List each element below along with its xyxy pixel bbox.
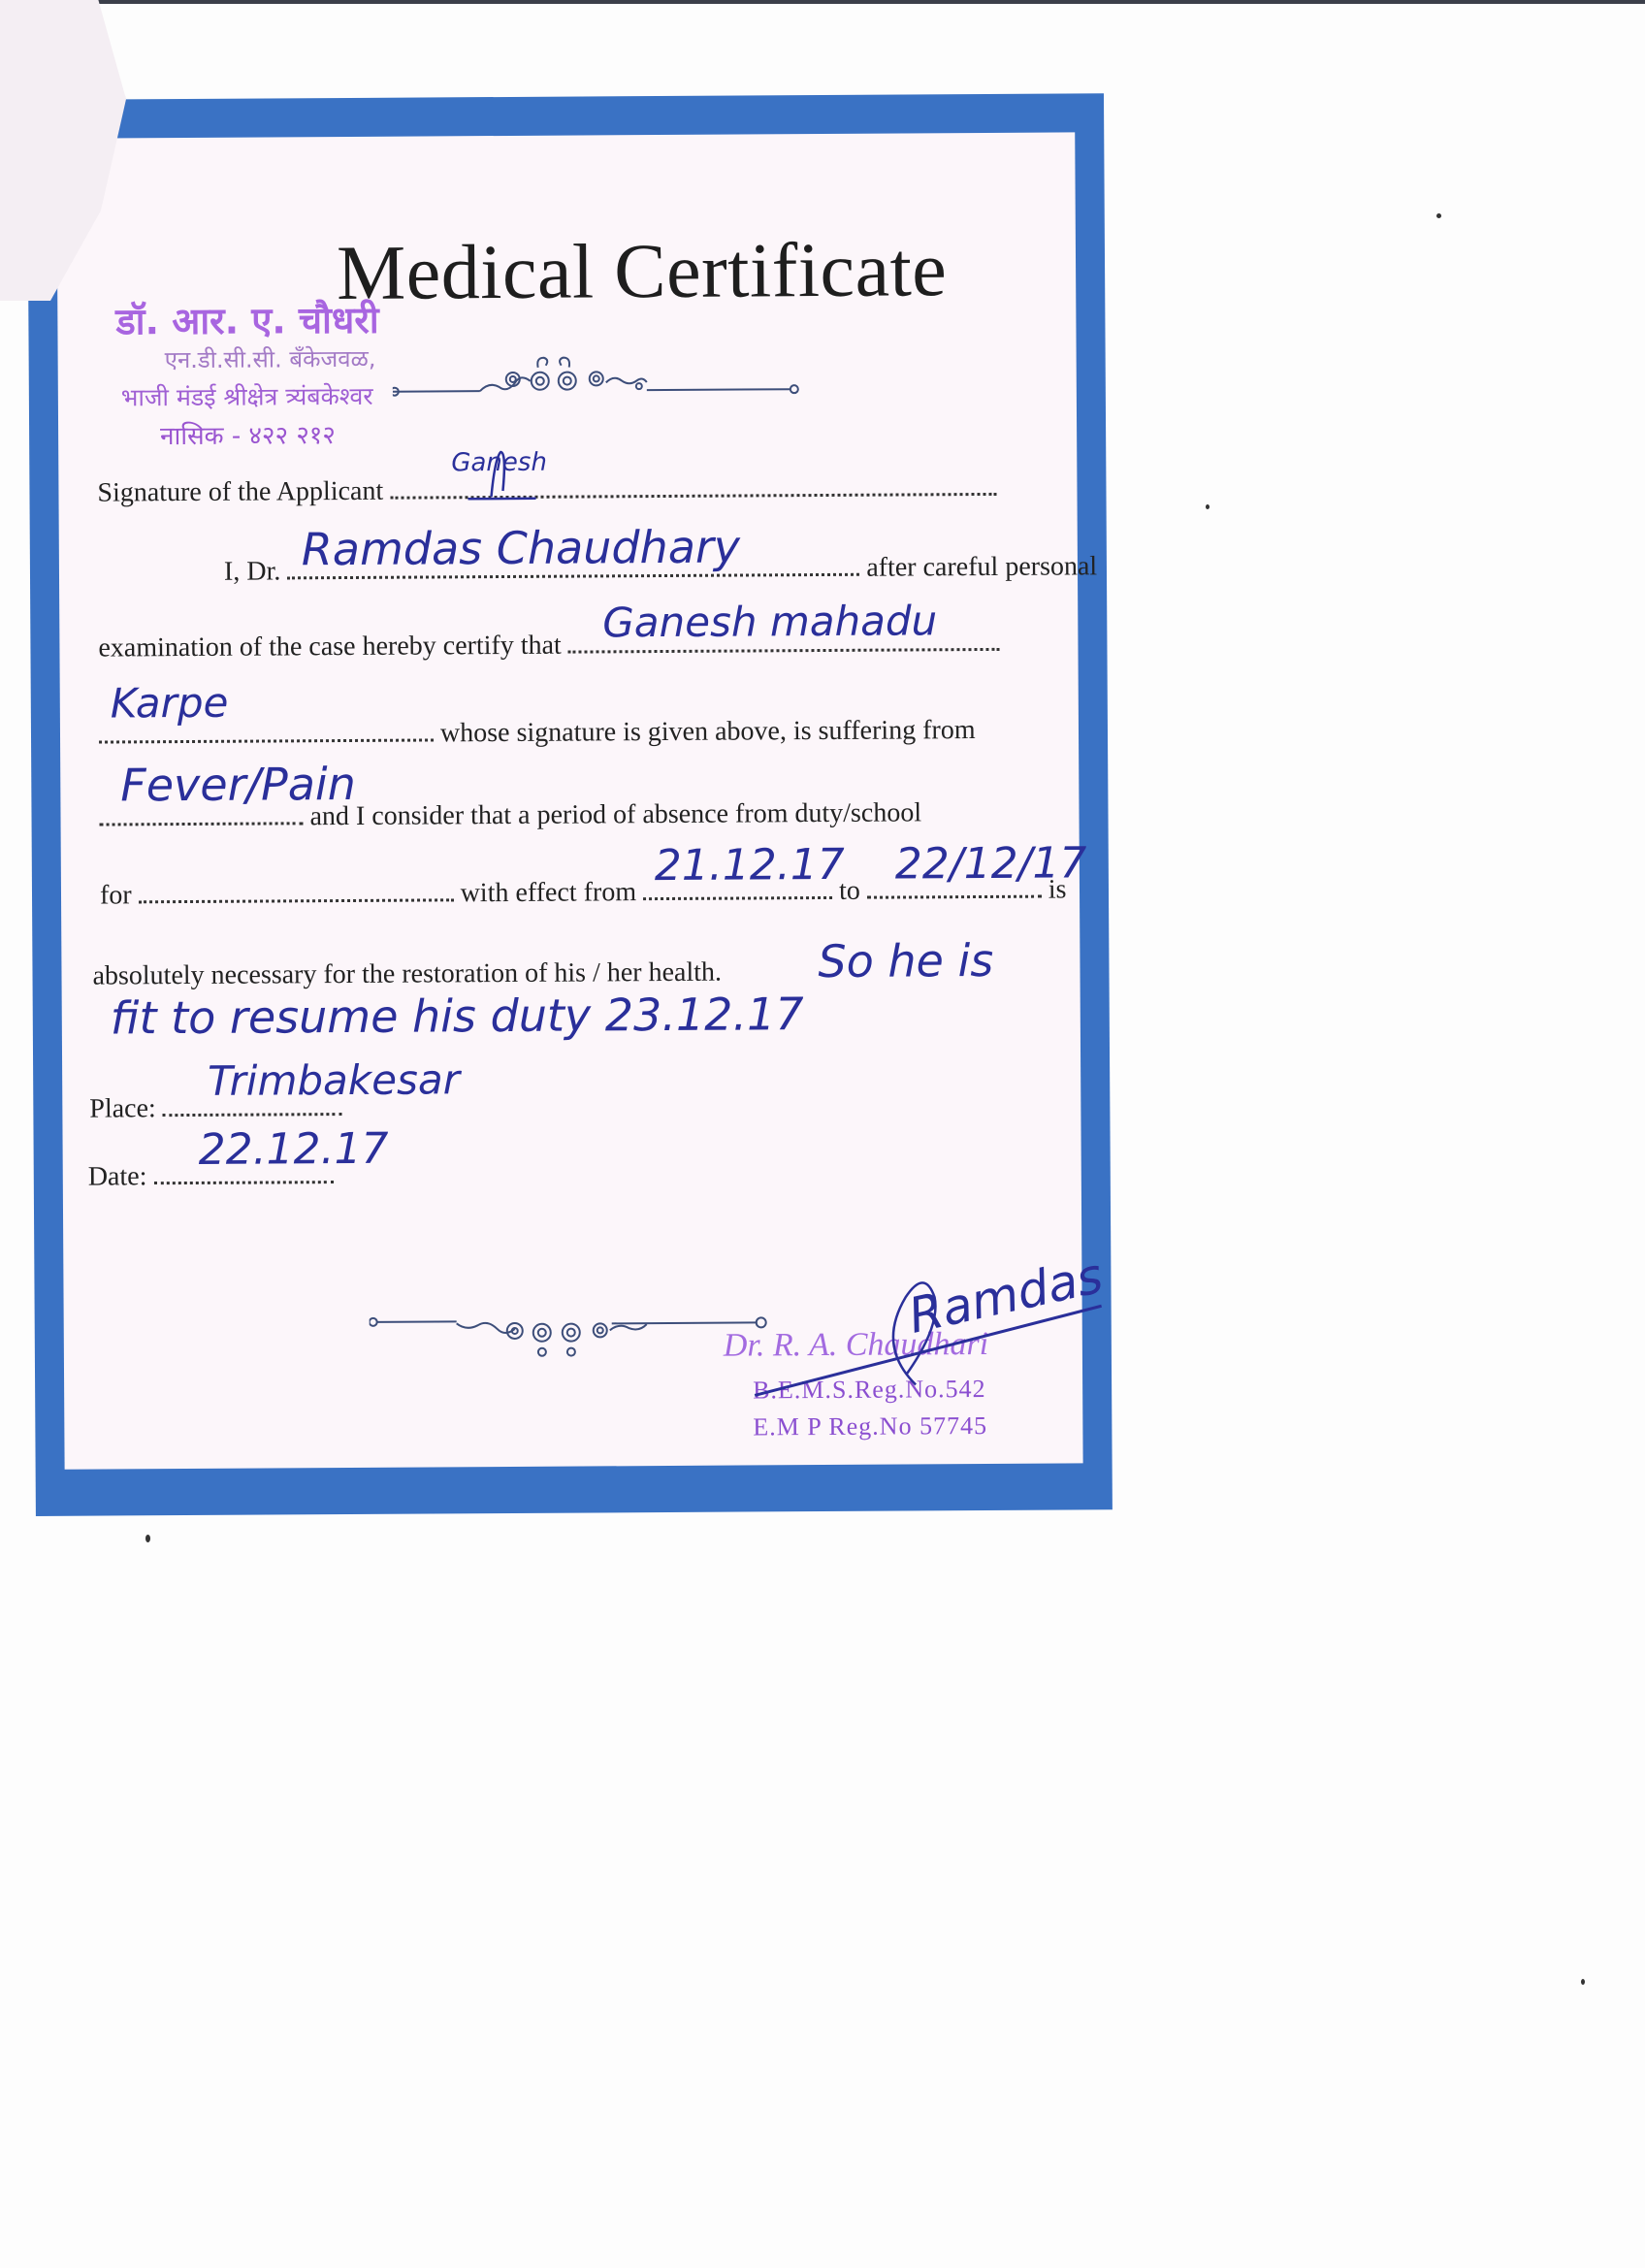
top-ornament-icon [393, 352, 800, 404]
scan-speck [1581, 1979, 1585, 1985]
applicant-signature-stroke [464, 444, 541, 502]
to-date-field [867, 891, 1042, 899]
doctor-signature-stroke [742, 1267, 1112, 1405]
certificate-paper: Medical Certificate डॉ. आर. ए. चौधरी एन.… [56, 132, 1082, 1469]
applicant-signature-label: Signature of the Applicant [97, 476, 383, 508]
place-field [163, 1109, 342, 1117]
suffering-row: whose signature is given above, is suffe… [99, 715, 976, 752]
remark-part-2: fit to resume his duty 23.12.17 [111, 988, 804, 1044]
doctor-name: Ramdas Chaudhary [302, 521, 741, 576]
from-date-field [643, 892, 832, 900]
doctor-stamp-reg-2: E.M P Reg.No 57745 [753, 1411, 987, 1442]
date-field [153, 1177, 333, 1184]
date-label: Date: [88, 1161, 147, 1191]
effect-from-label: with effect from [461, 877, 637, 908]
certificate-title: Medical Certificate [337, 226, 948, 318]
patient-name-first: Ganesh mahadu [602, 597, 937, 646]
restoration-row: absolutely necessary for the restoration… [92, 957, 722, 992]
scan-speck [1206, 504, 1210, 509]
restoration-label: absolutely necessary for the restoration… [92, 957, 722, 991]
certify-label: examination of the case hereby certify t… [98, 631, 562, 664]
scan-speck [145, 1535, 150, 1542]
absence-label: and I consider that a period of absence … [309, 797, 921, 831]
for-label: for [100, 880, 132, 910]
certificate-card: Medical Certificate डॉ. आर. ए. चौधरी एन.… [27, 93, 1113, 1516]
remark-part-1: So he is [818, 934, 993, 988]
applicant-signature-row: Signature of the Applicant [97, 472, 996, 509]
patient-name-continued-field [99, 734, 434, 743]
doctor-prefix-label: I, Dr. [224, 556, 281, 586]
clinic-stamp-name: डॉ. आर. ए. चौधरी [115, 294, 379, 346]
from-date: 21.12.17 [655, 840, 845, 891]
clinic-stamp-address-1: एन.डी.सी.सी. बँकेजवळ, [165, 342, 376, 375]
absence-row: and I consider that a period of absence … [99, 797, 921, 833]
after-careful-label: after careful personal [866, 551, 1097, 582]
scan-speck [1436, 213, 1441, 218]
clinic-stamp-address-2: भाजी मंडई श्रीक्षेत्र त्र्यंबकेश्वर [121, 379, 373, 414]
clinic-stamp-address-3: नासिक - ४२२ २१२ [160, 416, 336, 452]
scanner-edge [0, 0, 1645, 4]
bottom-ornament-icon [370, 1308, 777, 1369]
date-value: 22.12.17 [198, 1124, 388, 1175]
place-value: Trimbakesar [208, 1055, 460, 1105]
to-date: 22/12/17 [895, 838, 1087, 889]
illness-field [100, 818, 304, 826]
place-label: Place: [89, 1093, 156, 1123]
whose-signature-label: whose signature is given above, is suffe… [440, 715, 976, 748]
period-field [139, 894, 454, 903]
